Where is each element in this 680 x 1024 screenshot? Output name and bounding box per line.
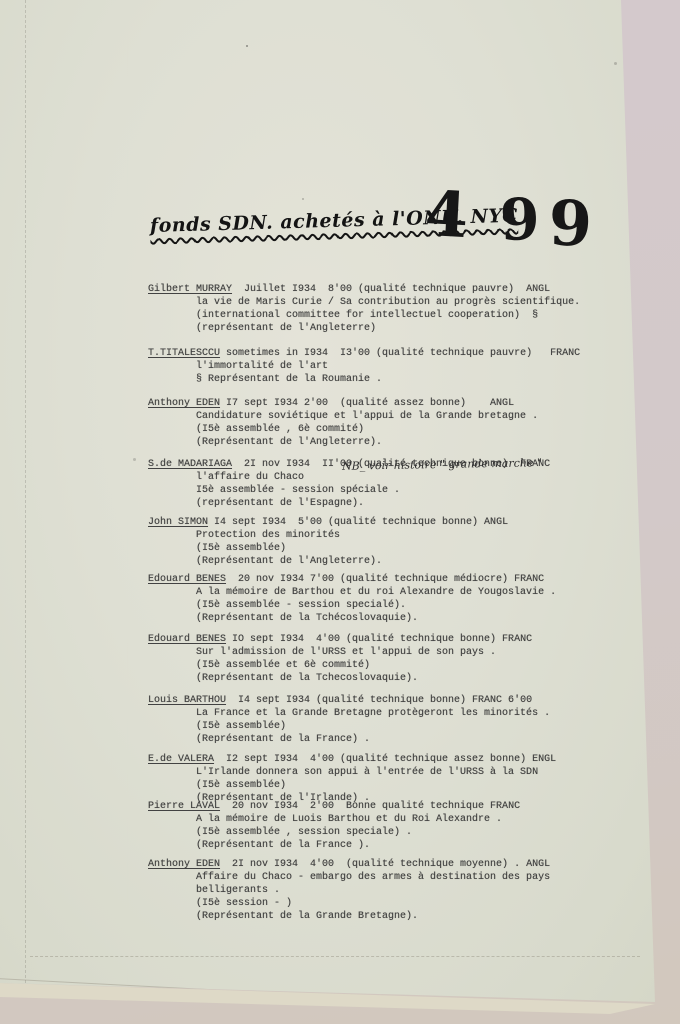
entry-line: (I5è assemblée , 6è commité) — [148, 423, 538, 436]
entry-line: (Représentant de la Tchécoslovaquie). — [148, 612, 556, 625]
entry-header-line: Anthony EDEN I7 sept I934 2'00 (qualité … — [148, 397, 538, 410]
entry-line: Candidature soviétique et l'appui de la … — [148, 410, 538, 423]
entry-speaker-name: E.de VALERA — [148, 754, 214, 765]
entry-header-rest: 20 nov I934 7'00 (qualité technique médi… — [226, 574, 544, 585]
entry-line: La France et la Grande Bretagne protèger… — [148, 707, 550, 720]
entry-header-rest: I7 sept I934 2'00 (qualité assez bonne) … — [220, 398, 514, 409]
entry-line: (international committee for intellectue… — [148, 309, 580, 322]
entry-speaker-name: Gilbert MURRAY — [148, 284, 232, 295]
entry-line: L'Irlande donnera son appui à l'entrée d… — [148, 766, 556, 779]
entry-detail-lines: l'affaire du Chaco I5è assemblée - sessi… — [148, 471, 550, 510]
catalog-entry: John SIMON I4 sept I934 5'00 (qualité te… — [148, 516, 508, 568]
entry-header-rest: 20 nov I934 2'00 Bonne qualité technique… — [220, 801, 520, 812]
catalog-entry: T.TITALESCCU sometimes in I934 I3'00 (qu… — [148, 347, 580, 386]
catalog-entry: Louis BARTHOU I4 sept I934 (qualité tech… — [148, 694, 550, 746]
entry-header-rest: I2 sept I934 4'00 (qualité technique ass… — [214, 754, 556, 765]
entry-line: I5è assemblée - session spéciale . — [148, 484, 550, 497]
entry-line: (représentant de l'Angleterre) — [148, 322, 580, 335]
catalog-entry: Edouard BENES IO sept I934 4'00 (qualité… — [148, 633, 532, 685]
entry-line: Affaire du Chaco - embargo des armes à d… — [148, 871, 550, 884]
entry-header-line: T.TITALESCCU sometimes in I934 I3'00 (qu… — [148, 347, 580, 360]
entry-line: (Représentant de l'Angleterre). — [148, 555, 508, 568]
catalog-entry: Gilbert MURRAY Juillet I934 8'00 (qualit… — [148, 283, 580, 335]
entry-line: (I5è assemblée) — [148, 779, 556, 792]
entry-line: (représentant de l'Espagne). — [148, 497, 550, 510]
entry-header-line: Anthony EDEN 2I nov I934 4'00 (qualité t… — [148, 858, 550, 871]
entry-line: A la mémoire de Barthou et du roi Alexan… — [148, 586, 556, 599]
entry-line: (Représentant de la France ). — [148, 839, 520, 852]
entry-speaker-name: S.de MADARIAGA — [148, 459, 232, 470]
entry-speaker-name: Anthony EDEN — [148, 859, 220, 870]
entry-header-line: Edouard BENES IO sept I934 4'00 (qualité… — [148, 633, 532, 646]
entry-line: Sur l'admission de l'URSS et l'appui de … — [148, 646, 532, 659]
typed-entries: Gilbert MURRAY Juillet I934 8'00 (qualit… — [0, 0, 680, 1024]
entry-line: (I5è assemblée et 6è commité) — [148, 659, 532, 672]
catalog-entry: E.de VALERA I2 sept I934 4'00 (qualité t… — [148, 753, 556, 805]
entry-speaker-name: Pierre LAVAL — [148, 801, 220, 812]
entry-detail-lines: Protection des minorités (I5è assemblée)… — [148, 529, 508, 568]
entry-detail-lines: la vie de Maris Curie / Sa contribution … — [148, 296, 580, 335]
catalog-entry: Anthony EDEN 2I nov I934 4'00 (qualité t… — [148, 858, 550, 923]
entry-line: (Représentant de la France) . — [148, 733, 550, 746]
entry-detail-lines: Affaire du Chaco - embargo des armes à d… — [148, 871, 550, 923]
entry-speaker-name: Anthony EDEN — [148, 398, 220, 409]
entry-detail-lines: A la mémoire de Luois Barthou et du Roi … — [148, 813, 520, 852]
entry-line: (Représentant de la Grande Bretagne). — [148, 910, 550, 923]
entry-header-line: E.de VALERA I2 sept I934 4'00 (qualité t… — [148, 753, 556, 766]
entry-line: l'immortalité de l'art — [148, 360, 580, 373]
entry-detail-lines: Sur l'admission de l'URSS et l'appui de … — [148, 646, 532, 685]
entry-header-line: Pierre LAVAL 20 nov I934 2'00 Bonne qual… — [148, 800, 520, 813]
entry-header-rest: 2I nov I934 4'00 (qualité technique moye… — [220, 859, 550, 870]
entry-line: Protection des minorités — [148, 529, 508, 542]
entry-header-line: Louis BARTHOU I4 sept I934 (qualité tech… — [148, 694, 550, 707]
entry-speaker-name: Edouard BENES — [148, 634, 226, 645]
catalog-entry: Edouard BENES 20 nov I934 7'00 (qualité … — [148, 573, 556, 625]
entry-header-rest: Juillet I934 8'00 (qualité technique pau… — [232, 284, 550, 295]
entry-line: A la mémoire de Luois Barthou et du Roi … — [148, 813, 520, 826]
entry-speaker-name: T.TITALESCCU — [148, 348, 220, 359]
entry-line: (Représentant de la Tchecoslovaquie). — [148, 672, 532, 685]
entry-line: l'affaire du Chaco — [148, 471, 550, 484]
entry-detail-lines: l'immortalité de l'art § Représentant de… — [148, 360, 580, 386]
catalog-entry: Pierre LAVAL 20 nov I934 2'00 Bonne qual… — [148, 800, 520, 852]
entry-line: § Représentant de la Roumanie . — [148, 373, 580, 386]
entry-line: (I5è assemblée) — [148, 720, 550, 733]
entry-line: (Représentant de l'Angleterre). — [148, 436, 538, 449]
entry-detail-lines: A la mémoire de Barthou et du roi Alexan… — [148, 586, 556, 625]
entry-header-line: Gilbert MURRAY Juillet I934 8'00 (qualit… — [148, 283, 580, 296]
entry-line: belligerants . — [148, 884, 550, 897]
entry-detail-lines: La France et la Grande Bretagne protèger… — [148, 707, 550, 746]
entry-line: (I5è assemblée , session speciale) . — [148, 826, 520, 839]
entry-speaker-name: John SIMON — [148, 517, 208, 528]
entry-header-line: John SIMON I4 sept I934 5'00 (qualité te… — [148, 516, 508, 529]
entry-line: (I5è assemblée) — [148, 542, 508, 555]
entry-header-rest: I4 sept I934 (qualité technique bonne) F… — [226, 695, 532, 706]
entry-line: (I5è session - ) — [148, 897, 550, 910]
entry-line: la vie de Maris Curie / Sa contribution … — [148, 296, 580, 309]
entry-line: (I5è assemblée - session specialé). — [148, 599, 556, 612]
entry-speaker-name: Edouard BENES — [148, 574, 226, 585]
catalog-entry: Anthony EDEN I7 sept I934 2'00 (qualité … — [148, 397, 538, 449]
entry-header-rest: I4 sept I934 5'00 (qualité technique bon… — [208, 517, 508, 528]
paper-sheet: fonds SDN. achetés à l'ONU. NYC 499 Gilb… — [0, 0, 680, 1024]
entry-header-rest: sometimes in I934 I3'00 (qualité techniq… — [220, 348, 580, 359]
entry-header-rest: IO sept I934 4'00 (qualité technique bon… — [226, 634, 532, 645]
entry-header-line: Edouard BENES 20 nov I934 7'00 (qualité … — [148, 573, 556, 586]
entry-detail-lines: Candidature soviétique et l'appui de la … — [148, 410, 538, 449]
entry-speaker-name: Louis BARTHOU — [148, 695, 226, 706]
